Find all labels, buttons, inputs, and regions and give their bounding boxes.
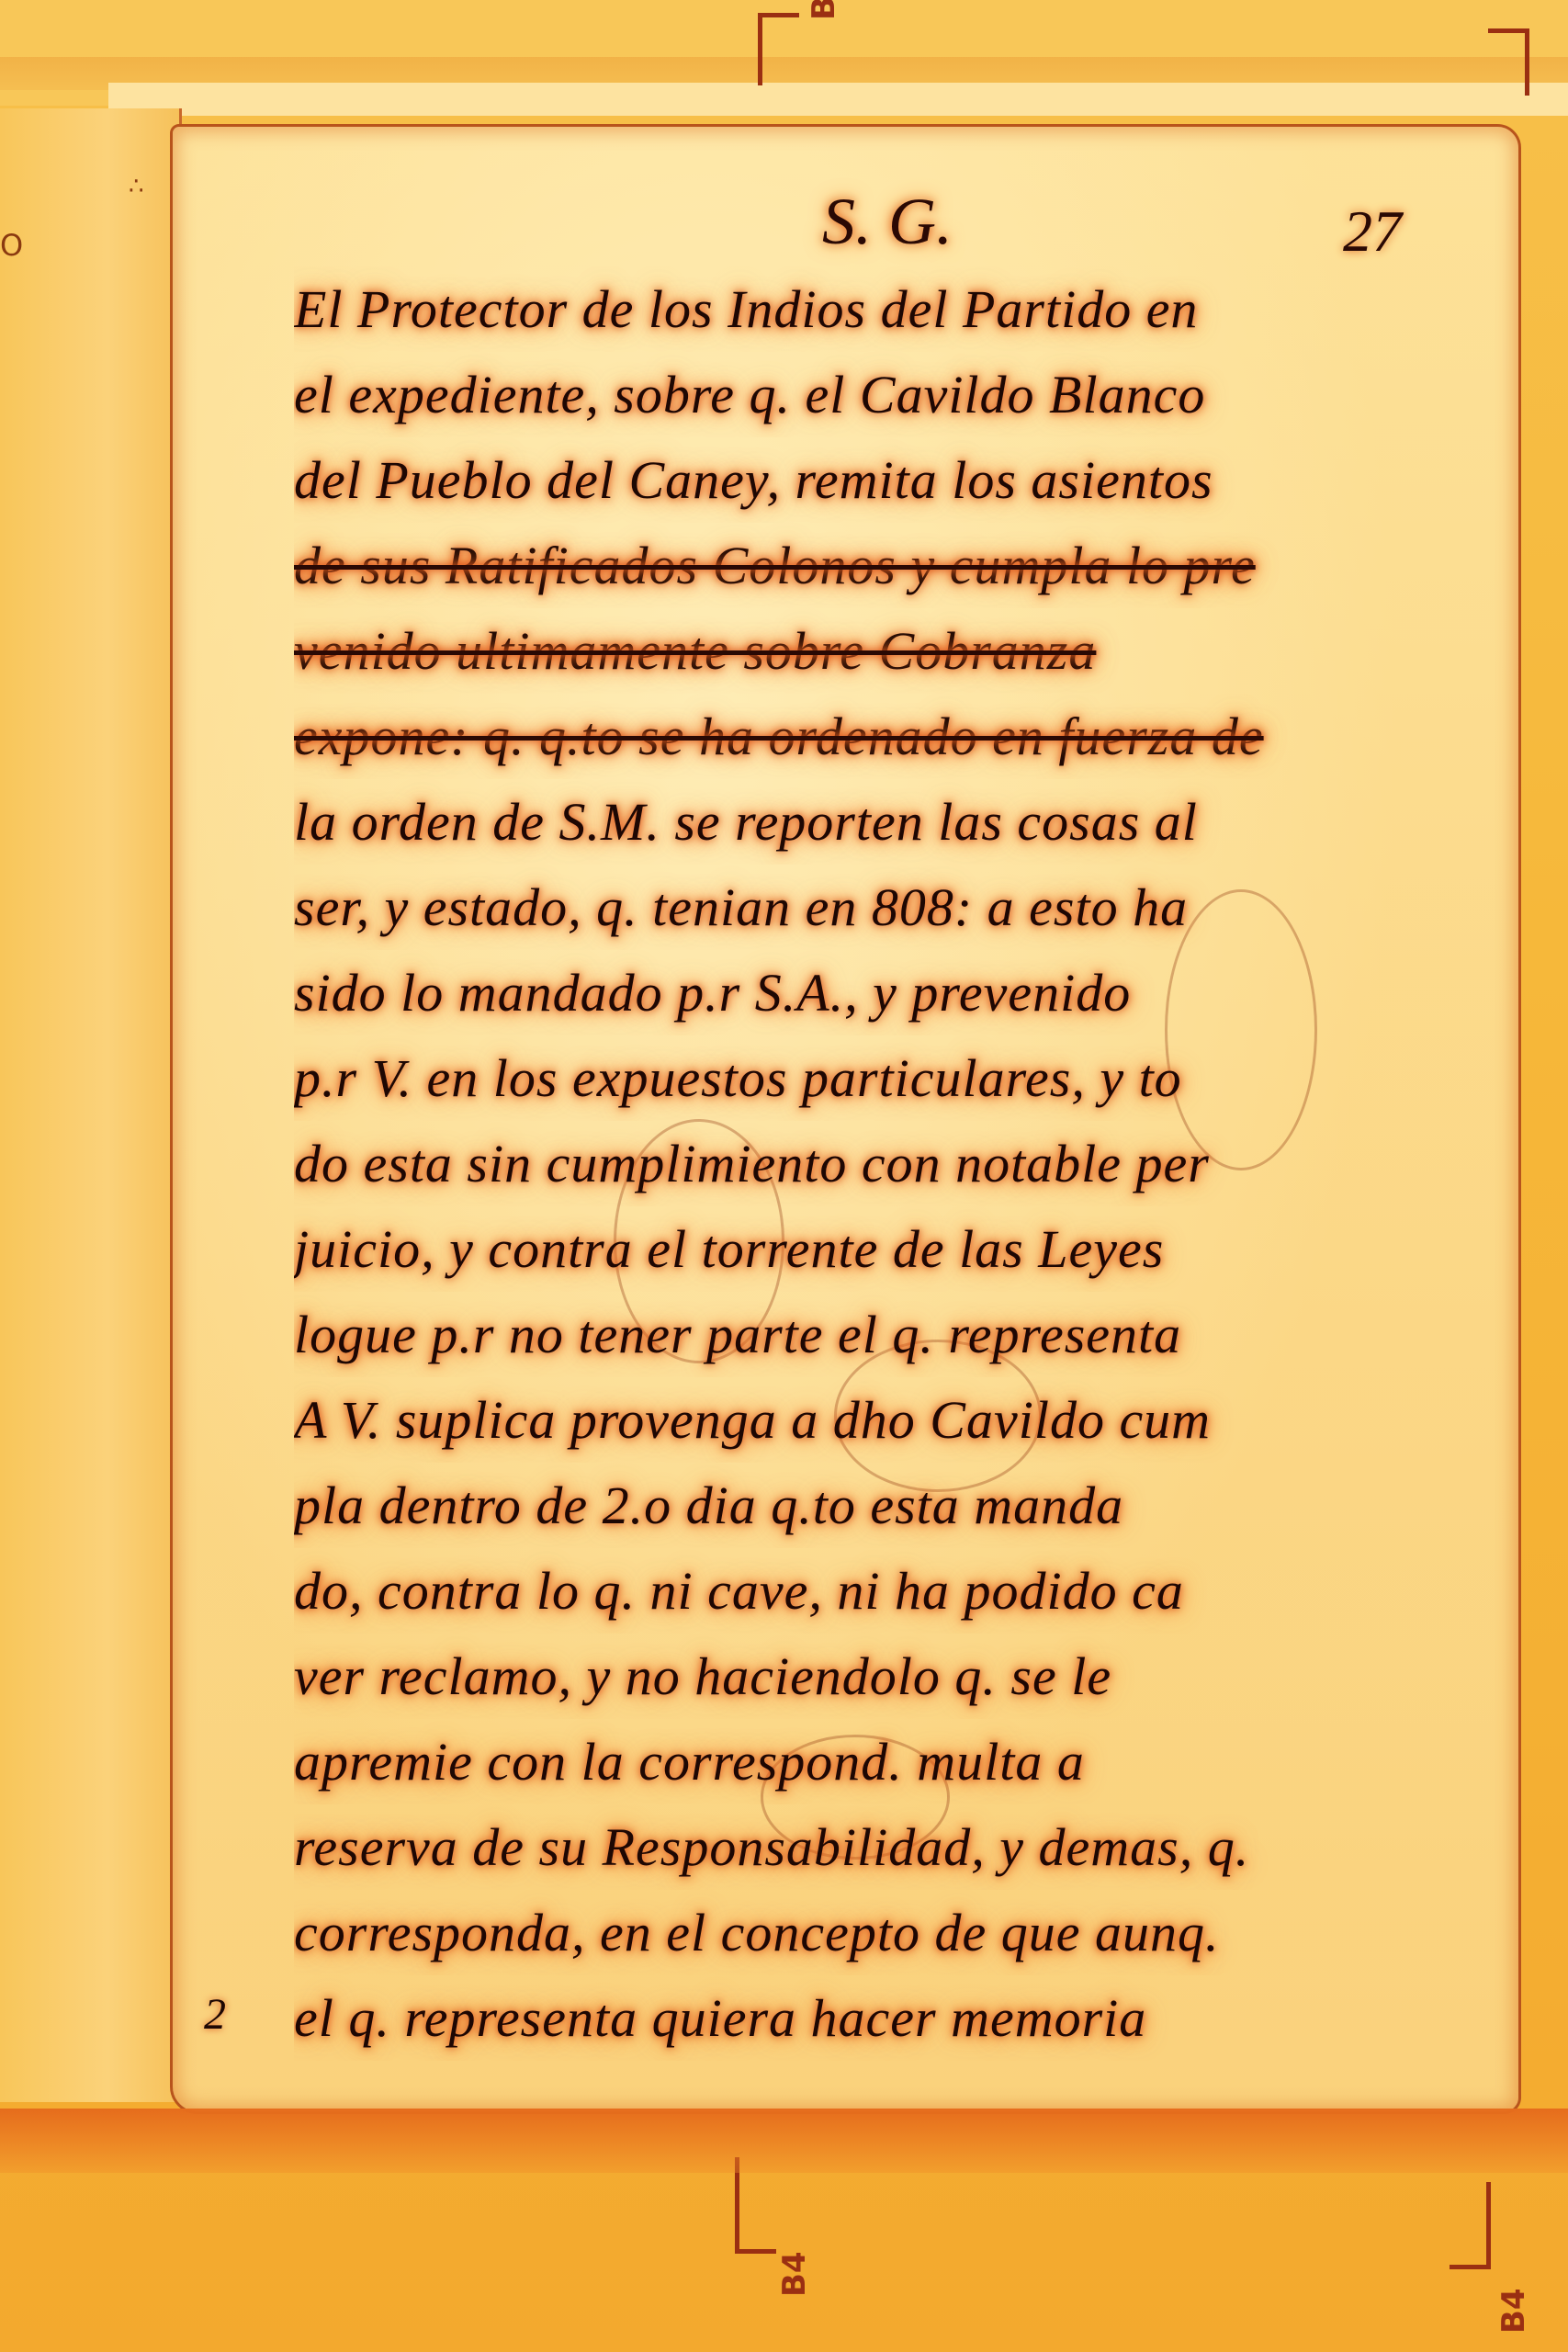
manuscript-line: expone: q. q.to se ha ordenado en fuerza… [294,694,1506,779]
manuscript-line: sido lo mandado p.r S.A., y prevenido [294,950,1506,1035]
paper-top-edge [108,83,1568,116]
manuscript-line: apremie con la correspond. multa a [294,1719,1506,1804]
manuscript-text: El Protector de los Indios del Partido e… [294,266,1506,2061]
manuscript-line: corresponda, en el concepto de que aunq. [294,1890,1506,1975]
manuscript-line: El Protector de los Indios del Partido e… [294,266,1506,352]
folio-number: 27 [1343,198,1402,266]
left-page-mark: O [0,228,23,263]
left-page-mark: ∴ [129,173,144,200]
manuscript-line: de sus Ratificados Colonos y cumpla lo p… [294,523,1506,608]
manuscript-line: A V. suplica provenga a dho Cavildo cum [294,1377,1506,1463]
crop-label-bottom-left: B4 [776,2251,813,2297]
manuscript-line: ser, y estado, q. tenian en 808: a esto … [294,865,1506,950]
manuscript-line: del Pueblo del Caney, remita los asiento… [294,437,1506,523]
manuscript-line: pla dentro de 2.o dia q.to esta manda [294,1463,1506,1548]
leaf-bottom-shadow [0,2109,1568,2173]
manuscript-line: ver reclamo, y no haciendolo q. se le [294,1634,1506,1719]
crop-mark-top-left [758,13,799,85]
manuscript-line: el expediente, sobre q. el Cavildo Blanc… [294,352,1506,437]
margin-note: 2 [204,1989,226,2040]
manuscript-line: el q. representa quiera hacer memoria [294,1975,1506,2061]
left-facing-page: O ∴ [0,108,182,2102]
manuscript-line: do, contra lo q. ni cave, ni ha podido c… [294,1548,1506,1634]
manuscript-line: la orden de S.M. se reporten las cosas a… [294,779,1506,865]
manuscript-line: do esta sin cumplimiento con notable per [294,1121,1506,1206]
crop-label-top: B [806,0,842,20]
manuscript-line: reserva de su Responsabilidad, y demas, … [294,1804,1506,1890]
crop-mark-top-right [1488,28,1529,96]
folio-heading: S. G. [822,184,953,260]
crop-label-bottom-right: B4 [1495,2288,1532,2334]
manuscript-line: juicio, y contra el torrente de las Leye… [294,1206,1506,1292]
manuscript-line: venido ultimamente sobre Cobranza [294,608,1506,694]
crop-mark-bottom-right [1450,2182,1491,2269]
manuscript-line: p.r V. en los expuestos particulares, y … [294,1035,1506,1121]
manuscript-line: logue p.r no tener parte el q. represent… [294,1292,1506,1377]
